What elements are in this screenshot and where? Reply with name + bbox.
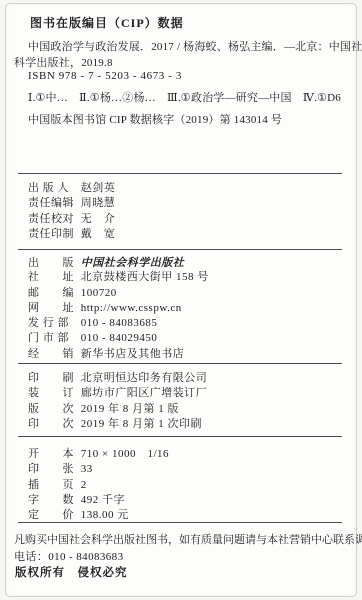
row-value: 2019 年 8 月第 1 版 xyxy=(81,402,179,417)
row-value: 33 xyxy=(81,462,93,477)
website-url: http://www.csspw.cn xyxy=(81,301,182,316)
printing-row-printer: 印 刷 北京明恒达印务有限公司 xyxy=(28,371,207,386)
printing-row-edition: 版 次 2019 年 8 月第 1 版 xyxy=(28,402,207,417)
service-phone: 电话：010 - 84083683 xyxy=(14,548,123,564)
format-section: 开 本 710 × 1000 1/16 印 张 33 插 页 2 字 数 492… xyxy=(28,447,169,523)
classification-line: Ⅰ.①中… Ⅱ.①杨…②杨… Ⅲ.①政治学—研究—中国 Ⅳ.①D6 xyxy=(28,89,341,105)
row-value: 北京鼓楼西大街甲 158 号 xyxy=(81,270,209,285)
cip-title-line-2: 科学出版社，2019.8 xyxy=(14,54,113,70)
row-label: 出 版 人 xyxy=(28,181,78,196)
format-row-trim-size: 开 本 710 × 1000 1/16 xyxy=(28,447,169,462)
staff-row-print-supervisor: 责任印制 戴 宽 xyxy=(28,227,115,242)
row-label: 责任印制 xyxy=(28,227,78,242)
row-value: 无 介 xyxy=(81,212,116,227)
row-value: 北京明恒达印务有限公司 xyxy=(81,371,208,386)
row-label: 责任校对 xyxy=(28,212,78,227)
publisher-section: 出 版 中国社会科学出版社 社 址 北京鼓楼西大街甲 158 号 邮 编 100… xyxy=(28,255,209,362)
row-value: 2019 年 8 月第 1 次印刷 xyxy=(81,417,202,432)
row-label: 出 版 xyxy=(28,256,78,271)
publisher-logotype: 中国社会科学出版社 xyxy=(81,255,185,270)
divider-rule-3 xyxy=(18,363,342,364)
isbn-line: ISBN 978 - 7 - 5203 - 4673 - 3 xyxy=(28,70,182,82)
row-label: 责任编辑 xyxy=(28,196,78,211)
publisher-row-postcode: 邮 编 100720 xyxy=(28,286,209,301)
row-value: 010 - 84083685 xyxy=(81,316,158,331)
cip-record-line: 中国版本图书馆 CIP 数据核字（2019）第 143014 号 xyxy=(28,111,282,127)
row-label: 邮 编 xyxy=(28,286,78,301)
divider-rule-4 xyxy=(18,436,342,437)
divider-rule-5 xyxy=(18,522,342,523)
row-label: 版 次 xyxy=(28,402,78,417)
row-label: 经 销 xyxy=(28,347,78,362)
publisher-row-distribution-phone: 发 行 部 010 - 84083685 xyxy=(28,316,209,331)
row-value: 100720 xyxy=(81,286,117,301)
publisher-row-distributor: 经 销 新华书店及其他书店 xyxy=(28,347,209,362)
row-label: 印 刷 xyxy=(28,371,78,386)
row-label: 插 页 xyxy=(28,478,78,493)
row-value: 新华书店及其他书店 xyxy=(81,347,185,362)
printing-section: 印 刷 北京明恒达印务有限公司 装 订 廊坊市广阳区广增装订厂 版 次 2019… xyxy=(28,371,207,432)
staff-row-proofreader: 责任校对 无 介 xyxy=(28,212,115,227)
staff-section: 出 版 人 赵剑英 责任编辑 周晓慧 责任校对 无 介 责任印制 戴 宽 xyxy=(28,181,115,242)
format-row-inserts: 插 页 2 xyxy=(28,478,169,493)
row-label: 字 数 xyxy=(28,493,78,508)
row-label: 发 行 部 xyxy=(28,316,78,331)
cip-title-line-1: 中国政治学与政治发展．2017 / 杨海蛟、杨弘主编．—北京：中国社会 xyxy=(28,38,362,54)
book-copyright-page: 图书在版编目（CIP）数据 中国政治学与政治发展．2017 / 杨海蛟、杨弘主编… xyxy=(5,3,357,597)
row-value: 周晓慧 xyxy=(81,196,116,211)
staff-row-editor: 责任编辑 周晓慧 xyxy=(28,196,115,211)
publisher-row-address: 社 址 北京鼓楼西大街甲 158 号 xyxy=(28,270,209,285)
row-label: 开 本 xyxy=(28,447,78,462)
row-label: 印 次 xyxy=(28,417,78,432)
printing-row-impression: 印 次 2019 年 8 月第 1 次印刷 xyxy=(28,417,207,432)
copyright-statement: 版权所有 侵权必究 xyxy=(15,564,128,580)
row-value: 赵剑英 xyxy=(81,181,116,196)
row-label: 社 址 xyxy=(28,270,78,285)
printing-row-binder: 装 订 廊坊市广阳区广增装订厂 xyxy=(28,386,207,401)
staff-row-publisher-person: 出 版 人 赵剑英 xyxy=(28,181,115,196)
row-label: 装 订 xyxy=(28,386,78,401)
row-value: 廊坊市广阳区广增装订厂 xyxy=(81,386,208,401)
divider-rule-2 xyxy=(18,249,342,250)
row-value: 2 xyxy=(81,478,87,493)
quality-notice: 凡购买中国社会科学出版社图书，如有质量问题请与本社营销中心联系调换 xyxy=(14,531,362,547)
format-row-word-count: 字 数 492 千字 xyxy=(28,493,169,508)
publisher-row-press: 出 版 中国社会科学出版社 xyxy=(28,255,209,270)
format-row-sheets: 印 张 33 xyxy=(28,462,169,477)
row-value: 010 - 84029450 xyxy=(81,331,158,346)
row-value: 戴 宽 xyxy=(81,227,116,242)
row-label: 网 址 xyxy=(28,301,78,316)
publisher-row-store-phone: 门 市 部 010 - 84029450 xyxy=(28,331,209,346)
row-value: 710 × 1000 1/16 xyxy=(81,447,169,462)
row-label: 门 市 部 xyxy=(28,331,78,346)
row-label: 印 张 xyxy=(28,462,78,477)
cip-heading: 图书在版编目（CIP）数据 xyxy=(30,14,184,31)
divider-rule-1 xyxy=(18,173,342,174)
publisher-row-website: 网 址 http://www.csspw.cn xyxy=(28,301,209,316)
row-value: 492 千字 xyxy=(81,493,125,508)
